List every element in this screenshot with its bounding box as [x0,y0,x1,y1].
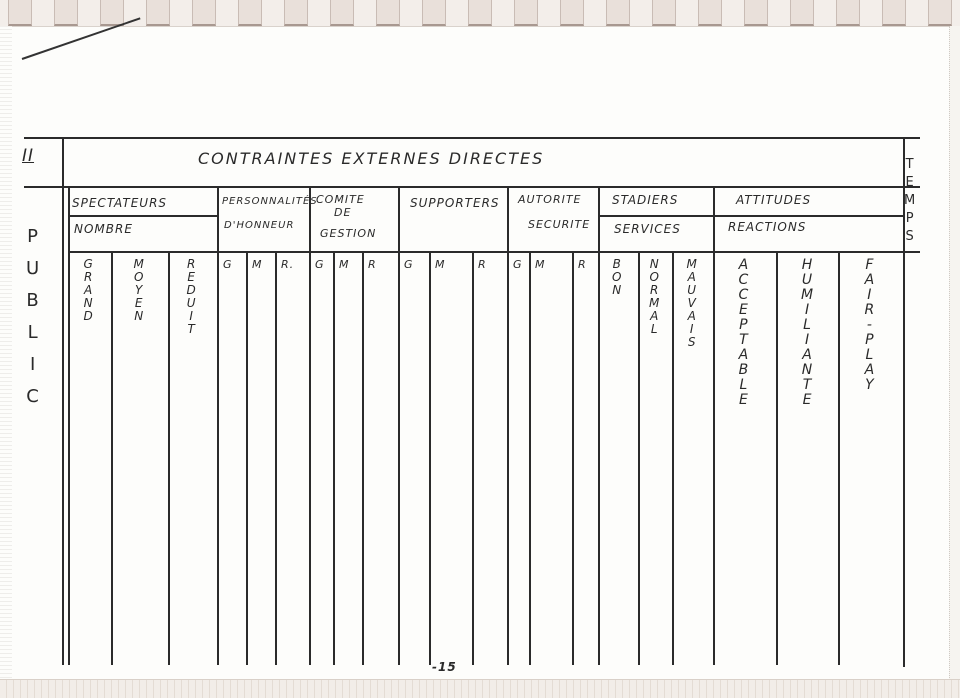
group-subheader-spectateurs: NOMBRE [74,222,133,236]
paper-bottom-edge [0,679,960,698]
table-rule [572,251,574,665]
column-header-letter: U [802,273,812,287]
column-header-letter: R [187,258,195,270]
column-header-letter: N [802,363,812,377]
binding-ring [146,0,170,26]
column-header: G [404,258,414,271]
column-header: M [435,258,446,271]
column-header-letter: U [187,297,196,309]
binding-ring [330,0,354,26]
binding-ring [698,0,722,26]
column-header-letter: E [739,303,748,317]
group-header-comite: COMITE [316,193,365,206]
column-header: R. [281,258,294,271]
column-header-letter: D [187,284,196,296]
vertical-letter: C [26,388,39,406]
table-rule [68,186,70,665]
column-header-letter: H [802,258,813,272]
table-rule [507,186,509,665]
column-header-letter: T [739,333,748,347]
column-header: BON [612,258,621,296]
column-header-letter: M [687,258,697,270]
column-header-letter: N [650,258,659,270]
group-header-spectateurs: SPECTATEURS [72,196,167,210]
column-header-letter: B [739,363,749,377]
group-subheader2-comite: GESTION [320,227,376,240]
column-header-letter: O [612,271,621,283]
table-rule [598,215,903,217]
column-header-letter: O [134,271,143,283]
vertical-letter: U [26,260,39,278]
group-subheader-autorite: SECURITE [528,218,590,231]
column-header: M [535,258,546,271]
table-rule [838,251,840,665]
table-rule [217,186,219,665]
table-rule [24,186,920,188]
table-rule [24,137,920,139]
column-header-letter: N [612,284,621,296]
column-header: M [339,258,350,271]
binding-ring [422,0,446,26]
section-number: II [22,146,34,166]
column-header-letter: E [803,393,812,407]
vertical-letter: B [26,292,38,310]
table-rule [68,251,920,253]
column-header-letter: M [649,297,659,309]
table-rule [776,251,778,665]
vertical-letter: T [906,158,914,171]
column-header-letter: N [84,297,93,309]
column-header-letter: T [187,323,194,335]
column-header-letter: C [739,273,749,287]
column-header-letter: P [865,333,873,347]
vertical-letter: S [905,230,913,243]
column-header-letter: S [688,336,696,348]
group-header-stadiers: STADIERS [612,193,678,207]
binding-ring [652,0,676,26]
table-rule [246,251,248,665]
table-rule [672,251,674,665]
column-header-letter: I [867,288,871,302]
column-header-letter: A [802,348,812,362]
vertical-letter: P [27,228,38,246]
column-header-letter: L [739,378,747,392]
column-header-letter: - [867,318,872,332]
column-header-letter: D [84,310,93,322]
table-rule [638,251,640,665]
binding-ring [790,0,814,26]
column-header: R [368,258,377,271]
binding-ring [514,0,538,26]
group-subheader-personnalites: D'HONNEUR [224,220,294,231]
column-header-letter: F [865,258,873,272]
column-header-letter: V [688,297,696,309]
binding-ring [376,0,400,26]
paper-left-edge [0,26,12,698]
binding-ring [192,0,216,26]
group-subheader-stadiers: SERVICES [614,222,681,236]
binding-ring [836,0,860,26]
group-subheader-comite: DE [334,206,351,219]
paper-right-edge [949,26,960,698]
column-header-letter: C [739,288,749,302]
binding-ring [8,0,32,26]
binding-ring [606,0,630,26]
column-header: MAUVAIS [687,258,697,348]
column-header-letter: A [650,310,658,322]
binding-ring [100,0,124,26]
table-rule [398,186,400,665]
page-number: -15 [432,660,457,674]
column-header: REDUIT [187,258,196,335]
column-header: GRAND [84,258,93,322]
column-header-letter: E [135,297,143,309]
column-header-letter: A [688,310,696,322]
column-header: FAIR-PLAY [865,258,875,392]
spiral-binding [0,0,960,27]
table-rule [362,251,364,665]
group-header-autorite: AUTORITE [518,193,582,206]
table-rule [598,186,600,665]
vertical-letter: I [30,356,35,374]
column-header-letter: I [805,333,809,347]
column-header-letter: M [801,288,813,302]
vertical-letter: P [906,212,914,225]
table-rule [529,251,531,665]
table-rule [168,251,170,665]
table-rule [333,251,335,665]
column-header-letter: A [739,258,749,272]
column-header-letter: U [687,284,696,296]
column-header-letter: A [84,284,92,296]
binding-ring [468,0,492,26]
column-header: G [223,258,233,271]
column-header: R [478,258,487,271]
column-header: G [513,258,523,271]
binding-ring [284,0,308,26]
column-header-letter: A [865,363,875,377]
binding-ring [54,0,78,26]
column-header: MOYEN [134,258,144,322]
column-header-letter: I [805,303,809,317]
column-header-letter: E [739,393,748,407]
group-subheader-attitudes: REACTIONS [728,220,806,234]
column-header-letter: I [189,310,193,322]
vertical-letter: L [28,324,38,342]
column-header: NORMAL [649,258,659,335]
column-header-letter: T [803,378,812,392]
table-rule [275,251,277,665]
table-rule [472,251,474,665]
binding-ring [928,0,952,26]
column-header-letter: L [651,323,658,335]
column-header-letter: L [803,318,811,332]
column-header-letter: Y [135,284,142,296]
vertical-letter: M [904,194,915,207]
column-header-letter: A [688,271,696,283]
table-title: CONTRAINTES EXTERNES DIRECTES [198,149,544,168]
table-rule [68,215,217,217]
table-rule [111,251,113,665]
group-header-personnalites: PERSONNALITÉS [222,196,318,207]
column-header-letter: P [739,318,747,332]
column-header-letter: L [865,348,873,362]
group-header-supporters: SUPPORTERS [410,196,500,210]
column-header-letter: Y [865,378,874,392]
table-rule [713,186,715,665]
column-header: ACCEPTABLE [739,258,749,407]
column-header-letter: R [650,284,658,296]
column-header-letter: R [84,271,92,283]
table-rule [309,186,311,665]
vertical-letter: E [906,176,914,189]
binding-ring [560,0,584,26]
column-header-letter: M [134,258,144,270]
binding-ring [882,0,906,26]
column-header: R [578,258,587,271]
table-rule [62,137,64,665]
public-vertical-label: PUBLIC [26,228,39,406]
column-header: G [315,258,325,271]
column-header-letter: O [649,271,658,283]
column-header-letter: G [84,258,93,270]
column-header: HUMILIANTE [801,258,813,407]
column-header-letter: A [739,348,749,362]
group-header-attitudes: ATTITUDES [736,193,811,207]
column-header-letter: E [187,271,195,283]
column-header: M [252,258,263,271]
temps-vertical-label: TEMPS [904,158,915,243]
binding-ring [238,0,262,26]
column-header-letter: A [865,273,875,287]
column-header-letter: I [690,323,694,335]
column-header-letter: N [134,310,143,322]
table-rule [429,251,431,665]
column-header-letter: R [865,303,875,317]
column-header-letter: B [613,258,621,270]
binding-ring [744,0,768,26]
